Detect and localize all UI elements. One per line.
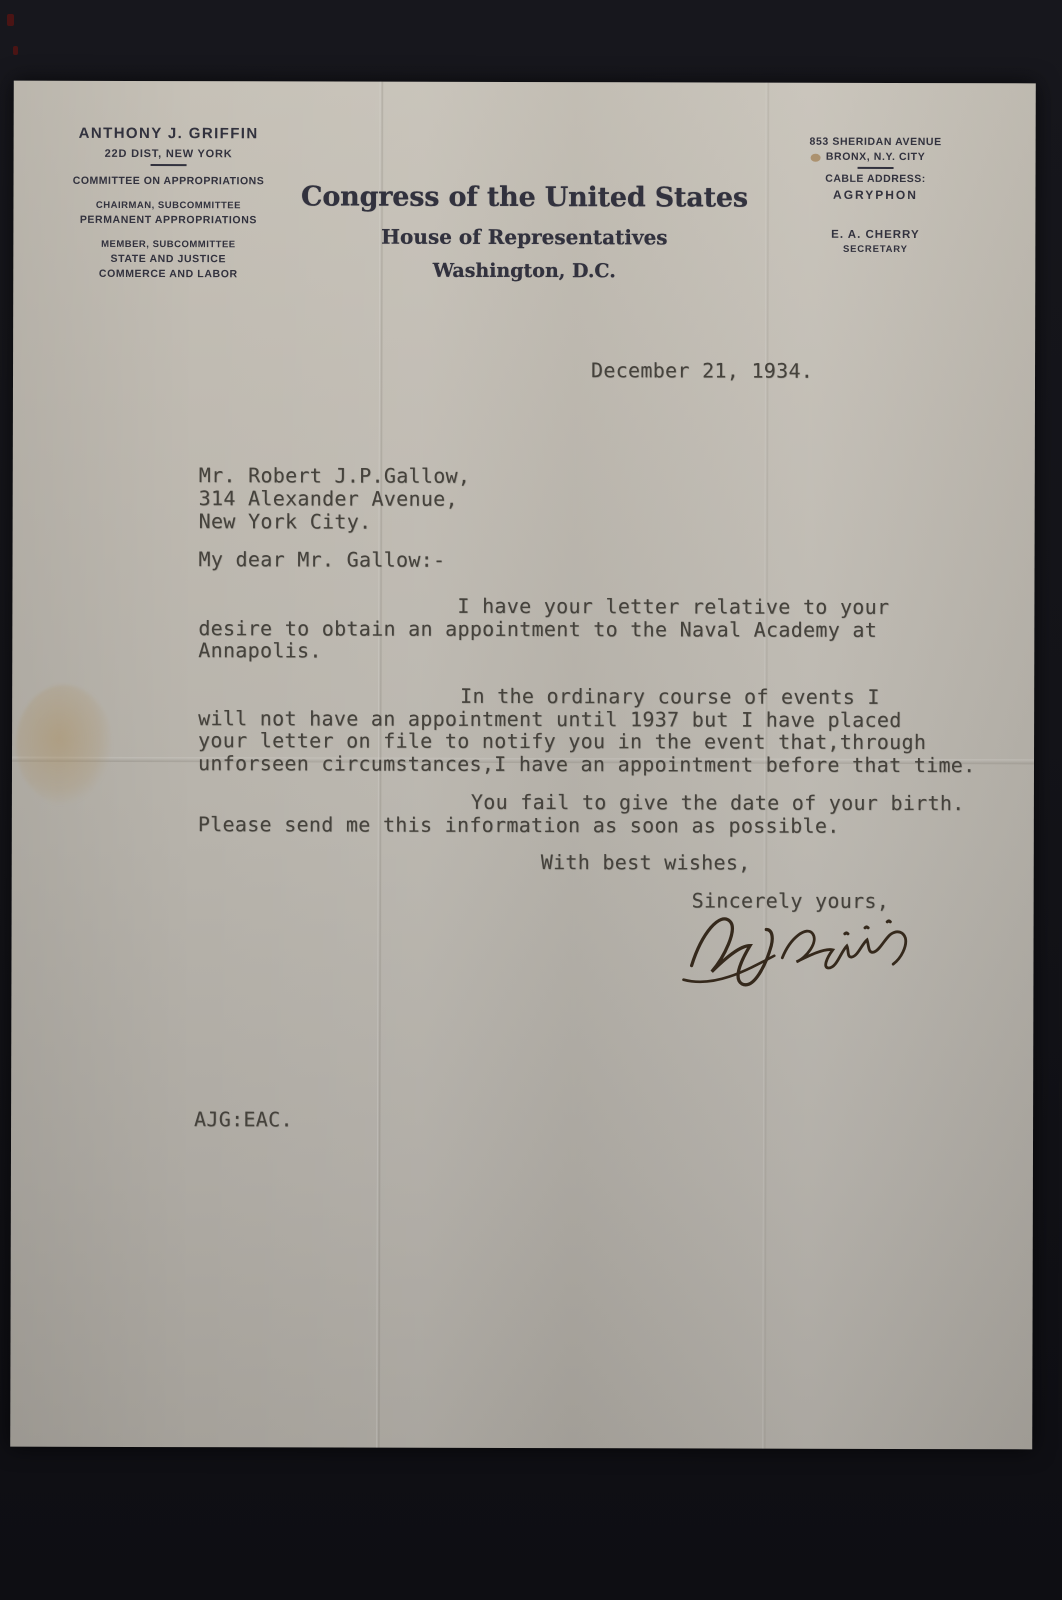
signature-scrawl	[677, 898, 929, 991]
washington-line: Washington, D.C.	[294, 259, 754, 282]
member-name: ANTHONY J. GRIFFIN	[44, 125, 294, 143]
letterhead-rule	[858, 167, 894, 169]
secretary-name: E. A. CHERRY	[765, 229, 985, 242]
cable-address-value: AGRYPHON	[765, 188, 985, 203]
photo-of-letter: { "photo": { "background_color": "#14141…	[0, 0, 1062, 1600]
body-line: I have your letter relative to your	[457, 594, 889, 619]
member-subline: STATE AND JUSTICE	[43, 253, 293, 266]
recipient-city-line: New York City.	[199, 509, 372, 533]
body-line: Annapolis.	[198, 638, 321, 662]
letterhead-right-block: 853 SHERIDAN AVENUE BRONX, N.Y. CITY CAB…	[765, 133, 985, 256]
house-title: House of Representatives	[294, 224, 754, 249]
letter-date: December 21, 1934.	[591, 358, 813, 383]
salutation: My dear Mr. Gallow:-	[199, 547, 446, 572]
body-line: Please send me this information as soon …	[198, 812, 840, 838]
member-subline: COMMERCE AND LABOR	[43, 268, 293, 281]
photo-artifact-red-mark	[13, 46, 18, 55]
paper-stain	[16, 685, 112, 805]
letterhead-rule	[151, 164, 187, 166]
congress-title: Congress of the United States	[294, 181, 754, 213]
body-line: You fail to give the date of your birth.	[471, 790, 965, 815]
letterhead-center-block: Congress of the United States House of R…	[294, 181, 754, 282]
street-address: 853 SHERIDAN AVENUE	[766, 136, 986, 149]
letter-paper: ANTHONY J. GRIFFIN 22D DIST, NEW YORK CO…	[10, 81, 1036, 1450]
body-line: your letter on file to notify you in the…	[198, 728, 926, 754]
photo-artifact-red-mark	[7, 14, 14, 26]
regards-line: With best wishes,	[541, 850, 751, 875]
body-line: In the ordinary course of events I	[460, 684, 880, 709]
body-line: unforseen circumstances,I have an appoin…	[198, 751, 976, 777]
handwritten-signature	[677, 898, 929, 991]
member-heading: MEMBER, SUBCOMMITTEE	[43, 239, 293, 251]
district-line: 22D DIST, NEW YORK	[44, 148, 294, 161]
chairman-heading: CHAIRMAN, SUBCOMMITTEE	[43, 200, 293, 212]
reference-initials: AJG:EAC.	[194, 1107, 293, 1131]
chairman-subline: PERMANENT APPROPRIATIONS	[43, 214, 293, 227]
letterhead-left-block: ANTHONY J. GRIFFIN 22D DIST, NEW YORK CO…	[43, 125, 293, 281]
city-address: BRONX, N.Y. CITY	[766, 151, 986, 164]
committee-line: COMMITTEE ON APPROPRIATIONS	[44, 175, 294, 188]
recipient-name-line: Mr. Robert J.P.Gallow,	[199, 463, 471, 488]
cable-address-label: CABLE ADDRESS:	[766, 173, 986, 186]
secretary-title: SECRETARY	[765, 244, 985, 256]
recipient-street-line: 314 Alexander Avenue,	[199, 486, 458, 511]
